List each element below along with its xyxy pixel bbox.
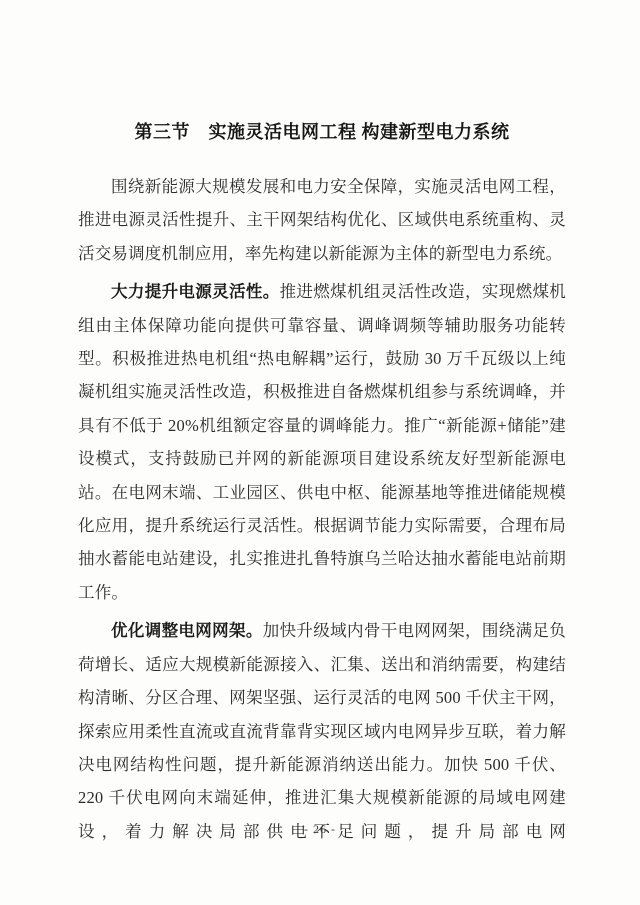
- page-number: - 26 -: [0, 822, 640, 837]
- paragraph-lead: 大力提升电源灵活性。: [111, 282, 280, 301]
- paragraph-text: 围绕新能源大规模发展和电力安全保障，实施灵活电网工程，推进电源灵活性提升、主干网…: [78, 177, 566, 263]
- section-title: 第三节 实施灵活电网工程 构建新型电力系统: [78, 118, 566, 146]
- paragraph-power-flexibility: 大力提升电源灵活性。推进燃煤机组灵活性改造，实现燃煤机组由主体保障功能向提供可靠…: [78, 275, 566, 609]
- document-page: 第三节 实施灵活电网工程 构建新型电力系统 围绕新能源大规模发展和电力安全保障，…: [0, 0, 640, 905]
- paragraph-text: 推进燃煤机组灵活性改造，实现燃煤机组由主体保障功能向提供可靠容量、调峰调频等辅助…: [78, 282, 566, 602]
- paragraph-grid-structure: 优化调整电网网架。加快升级域内骨干电网网架，围绕满足负荷增长、适应大规模新能源接…: [78, 614, 566, 848]
- paragraph-text: 加快升级域内骨干电网网架，围绕满足负荷增长、适应大规模新能源接入、汇集、送出和消…: [78, 621, 566, 840]
- paragraph-lead: 优化调整电网网架。: [111, 621, 263, 640]
- paragraph-intro: 围绕新能源大规模发展和电力安全保障，实施灵活电网工程，推进电源灵活性提升、主干网…: [78, 170, 566, 270]
